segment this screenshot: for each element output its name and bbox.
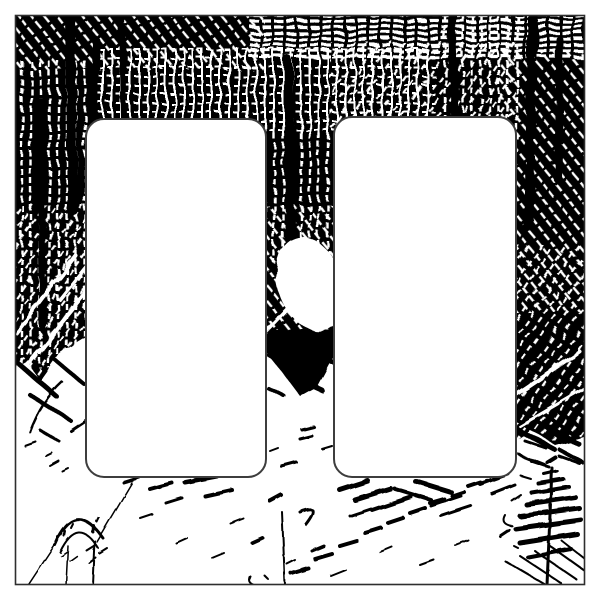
switch-plate-illustration <box>0 0 600 600</box>
product-image <box>0 0 600 600</box>
rocker-cutout-left <box>86 119 266 477</box>
rocker-cutout-right <box>334 117 516 477</box>
